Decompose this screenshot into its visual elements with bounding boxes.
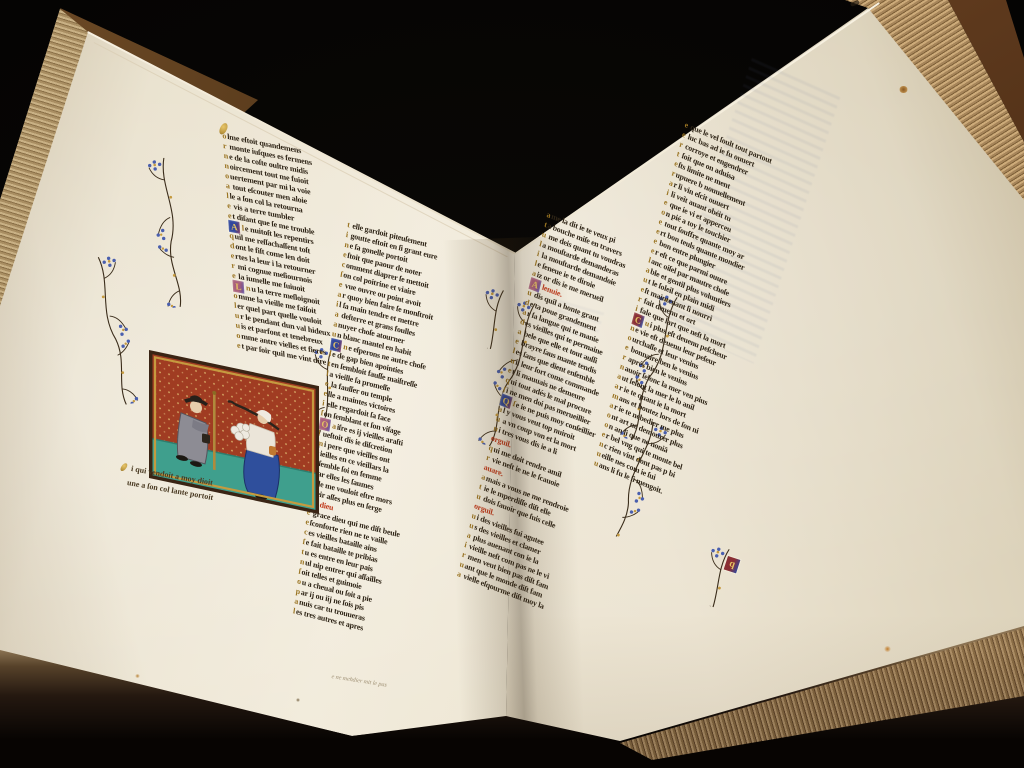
- line-initial-letter: o: [225, 171, 230, 181]
- line-initial-letter: o: [233, 291, 238, 301]
- stain: [296, 698, 300, 702]
- stain: [899, 86, 908, 93]
- left-page-column-1: olme eſtoit quandemensr monte iuſques es…: [222, 131, 333, 369]
- stain: [135, 674, 140, 678]
- line-initial-letter: a: [225, 181, 230, 191]
- line-initial-letter: o: [236, 331, 241, 341]
- line-initial-letter: o: [222, 131, 227, 141]
- stain: [884, 646, 891, 652]
- gutter-shadow: [443, 236, 585, 752]
- manuscript-photograph: olme eſtoit quandemensr monte iuſques es…: [0, 0, 1024, 768]
